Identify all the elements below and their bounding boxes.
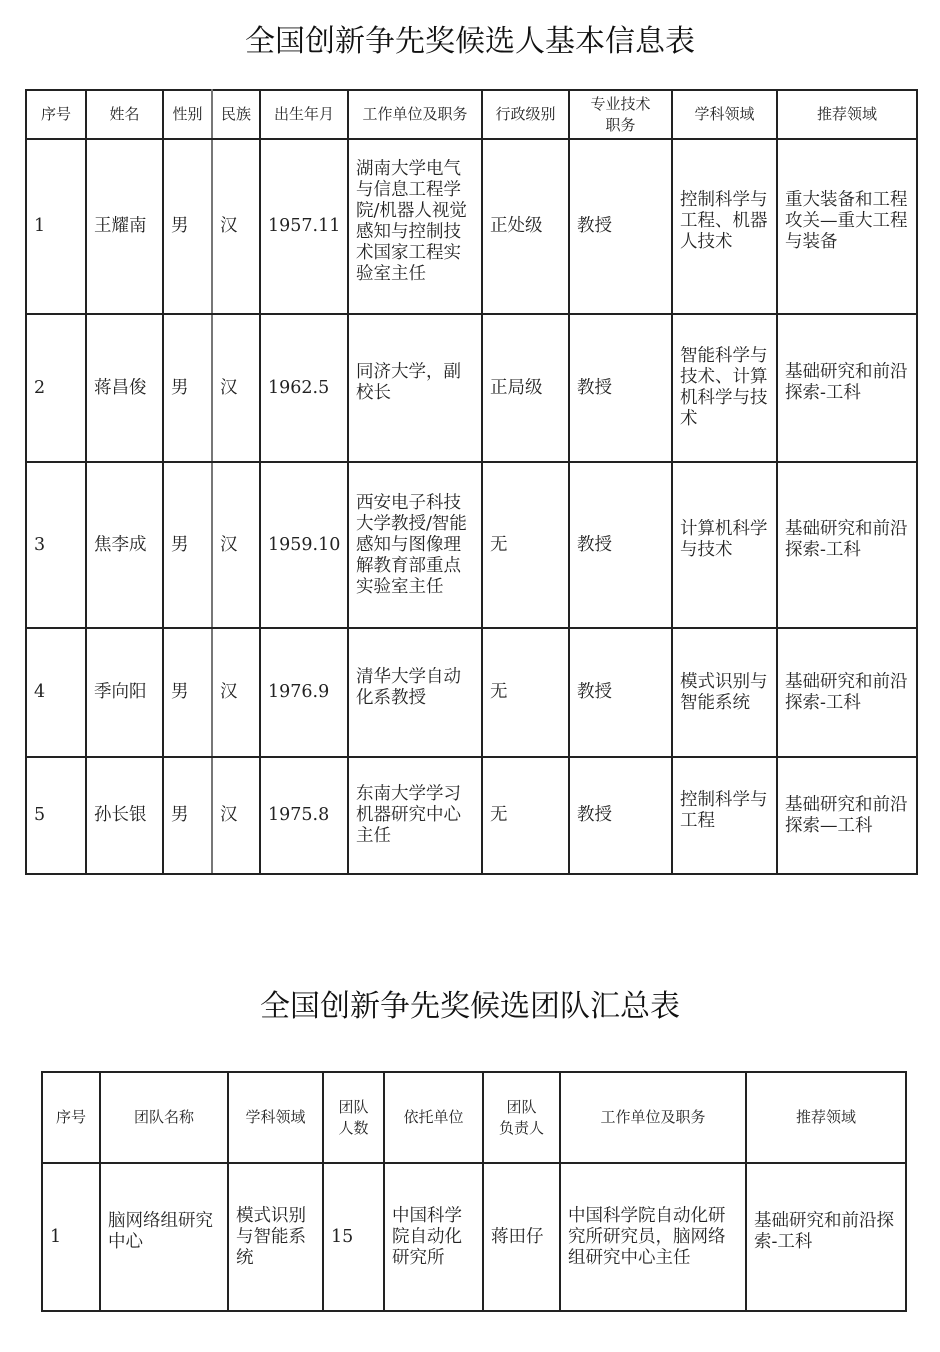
col-header-recommended-field: 推荐领域 — [777, 90, 917, 139]
cell-discipline: 模式识别与智能系统 — [672, 628, 777, 757]
col-header-gender: 性别 — [163, 90, 212, 139]
cell-workplace: 同济大学，副校长 — [348, 314, 482, 462]
cell-team-name: 脑网络组研究中心 — [100, 1163, 228, 1311]
col-header-team-name: 团队名称 — [100, 1072, 228, 1163]
table-row: 5 孙长银 男 汉 1975.8 东南大学学习机器研究中心主任 无 教授 控制科… — [26, 757, 917, 874]
cell-workplace: 西安电子科技大学教授/智能感知与图像理解教育部重点实验室主任 — [348, 462, 482, 628]
header-line: 团队 — [484, 1097, 559, 1118]
cell-recommended-field: 基础研究和前沿探索-工科 — [777, 314, 917, 462]
table-row: 4 季向阳 男 汉 1976.9 清华大学自动化系教授 无 教授 模式识别与智能… — [26, 628, 917, 757]
col-header-professional-title: 专业技术 职务 — [569, 90, 672, 139]
col-header-recommended-field: 推荐领域 — [746, 1072, 906, 1163]
col-header-birth: 出生年月 — [260, 90, 348, 139]
col-header-admin-level: 行政级别 — [482, 90, 569, 139]
cell-name: 王耀南 — [86, 139, 163, 314]
cell-name: 季向阳 — [86, 628, 163, 757]
cell-no: 3 — [26, 462, 86, 628]
header-line: 负责人 — [484, 1118, 559, 1139]
cell-no: 4 — [26, 628, 86, 757]
col-header-name: 姓名 — [86, 90, 163, 139]
cell-admin-level: 正处级 — [482, 139, 569, 314]
cell-discipline: 计算机科学与技术 — [672, 462, 777, 628]
table-row: 2 蒋昌俊 男 汉 1962.5 同济大学，副校长 正局级 教授 智能科学与技术… — [26, 314, 917, 462]
teams-table: 序号 团队名称 学科领域 团队 人数 依托单位 团队 负责人 工作单位及职务 推… — [41, 1071, 907, 1312]
cell-recommended-field: 基础研究和前沿探索—工科 — [777, 757, 917, 874]
cell-birth: 1959.10 — [260, 462, 348, 628]
header-line: 专业技术 — [570, 94, 671, 115]
cell-workplace: 中国科学院自动化研究所研究员，脑网络组研究中心主任 — [560, 1163, 746, 1311]
header-line: 人数 — [324, 1118, 383, 1139]
cell-recommended-field: 重大装备和工程攻关—重大工程与装备 — [777, 139, 917, 314]
cell-workplace: 东南大学学习机器研究中心主任 — [348, 757, 482, 874]
header-line: 职务 — [570, 115, 671, 136]
col-header-team-leader: 团队 负责人 — [483, 1072, 560, 1163]
cell-discipline: 控制科学与工程、机器人技术 — [672, 139, 777, 314]
cell-professional-title: 教授 — [569, 757, 672, 874]
cell-name: 焦李成 — [86, 462, 163, 628]
col-header-team-size: 团队 人数 — [323, 1072, 384, 1163]
cell-recommended-field: 基础研究和前沿探索-工科 — [777, 628, 917, 757]
cell-ethnicity: 汉 — [212, 314, 260, 462]
cell-professional-title: 教授 — [569, 314, 672, 462]
cell-professional-title: 教授 — [569, 628, 672, 757]
cell-ethnicity: 汉 — [212, 628, 260, 757]
cell-birth: 1957.11 — [260, 139, 348, 314]
cell-birth: 1962.5 — [260, 314, 348, 462]
cell-ethnicity: 汉 — [212, 462, 260, 628]
cell-host-institution: 中国科学院自动化研究所 — [384, 1163, 483, 1311]
cell-leader: 蒋田仔 — [483, 1163, 560, 1311]
col-header-workplace: 工作单位及职务 — [348, 90, 482, 139]
cell-no: 2 — [26, 314, 86, 462]
cell-gender: 男 — [163, 139, 212, 314]
cell-no: 1 — [26, 139, 86, 314]
candidates-table-title: 全国创新争先奖候选人基本信息表 — [0, 16, 940, 60]
header-row: 序号 团队名称 学科领域 团队 人数 依托单位 团队 负责人 工作单位及职务 推… — [42, 1072, 906, 1163]
header-line: 团队 — [324, 1097, 383, 1118]
candidates-table: 序号 姓名 性别 民族 出生年月 工作单位及职务 行政级别 专业技术 职务 学科… — [25, 89, 918, 875]
cell-workplace: 湖南大学电气与信息工程学院/机器人视觉感知与控制技术国家工程实验室主任 — [348, 139, 482, 314]
col-header-discipline: 学科领域 — [672, 90, 777, 139]
col-header-workplace: 工作单位及职务 — [560, 1072, 746, 1163]
cell-admin-level: 无 — [482, 757, 569, 874]
cell-ethnicity: 汉 — [212, 139, 260, 314]
cell-admin-level: 无 — [482, 462, 569, 628]
cell-recommended-field: 基础研究和前沿探索-工科 — [777, 462, 917, 628]
cell-professional-title: 教授 — [569, 139, 672, 314]
cell-discipline: 智能科学与技术、计算机科学与技术 — [672, 314, 777, 462]
cell-name: 蒋昌俊 — [86, 314, 163, 462]
cell-no: 1 — [42, 1163, 100, 1311]
cell-team-size: 15 — [323, 1163, 384, 1311]
cell-recommended-field: 基础研究和前沿探索-工科 — [746, 1163, 906, 1311]
cell-no: 5 — [26, 757, 86, 874]
col-header-discipline: 学科领域 — [228, 1072, 323, 1163]
header-row: 序号 姓名 性别 民族 出生年月 工作单位及职务 行政级别 专业技术 职务 学科… — [26, 90, 917, 139]
cell-discipline: 模式识别与智能系统 — [228, 1163, 323, 1311]
cell-discipline: 控制科学与工程 — [672, 757, 777, 874]
cell-workplace: 清华大学自动化系教授 — [348, 628, 482, 757]
table-row: 1 王耀南 男 汉 1957.11 湖南大学电气与信息工程学院/机器人视觉感知与… — [26, 139, 917, 314]
cell-admin-level: 无 — [482, 628, 569, 757]
cell-gender: 男 — [163, 462, 212, 628]
cell-birth: 1976.9 — [260, 628, 348, 757]
col-header-no: 序号 — [42, 1072, 100, 1163]
cell-name: 孙长银 — [86, 757, 163, 874]
cell-gender: 男 — [163, 314, 212, 462]
cell-birth: 1975.8 — [260, 757, 348, 874]
cell-gender: 男 — [163, 757, 212, 874]
col-header-no: 序号 — [26, 90, 86, 139]
cell-professional-title: 教授 — [569, 462, 672, 628]
table-row: 1 脑网络组研究中心 模式识别与智能系统 15 中国科学院自动化研究所 蒋田仔 … — [42, 1163, 906, 1311]
cell-admin-level: 正局级 — [482, 314, 569, 462]
col-header-ethnicity: 民族 — [212, 90, 260, 139]
table-row: 3 焦李成 男 汉 1959.10 西安电子科技大学教授/智能感知与图像理解教育… — [26, 462, 917, 628]
col-header-host-institution: 依托单位 — [384, 1072, 483, 1163]
teams-table-title: 全国创新争先奖候选团队汇总表 — [0, 981, 940, 1025]
cell-gender: 男 — [163, 628, 212, 757]
cell-ethnicity: 汉 — [212, 757, 260, 874]
